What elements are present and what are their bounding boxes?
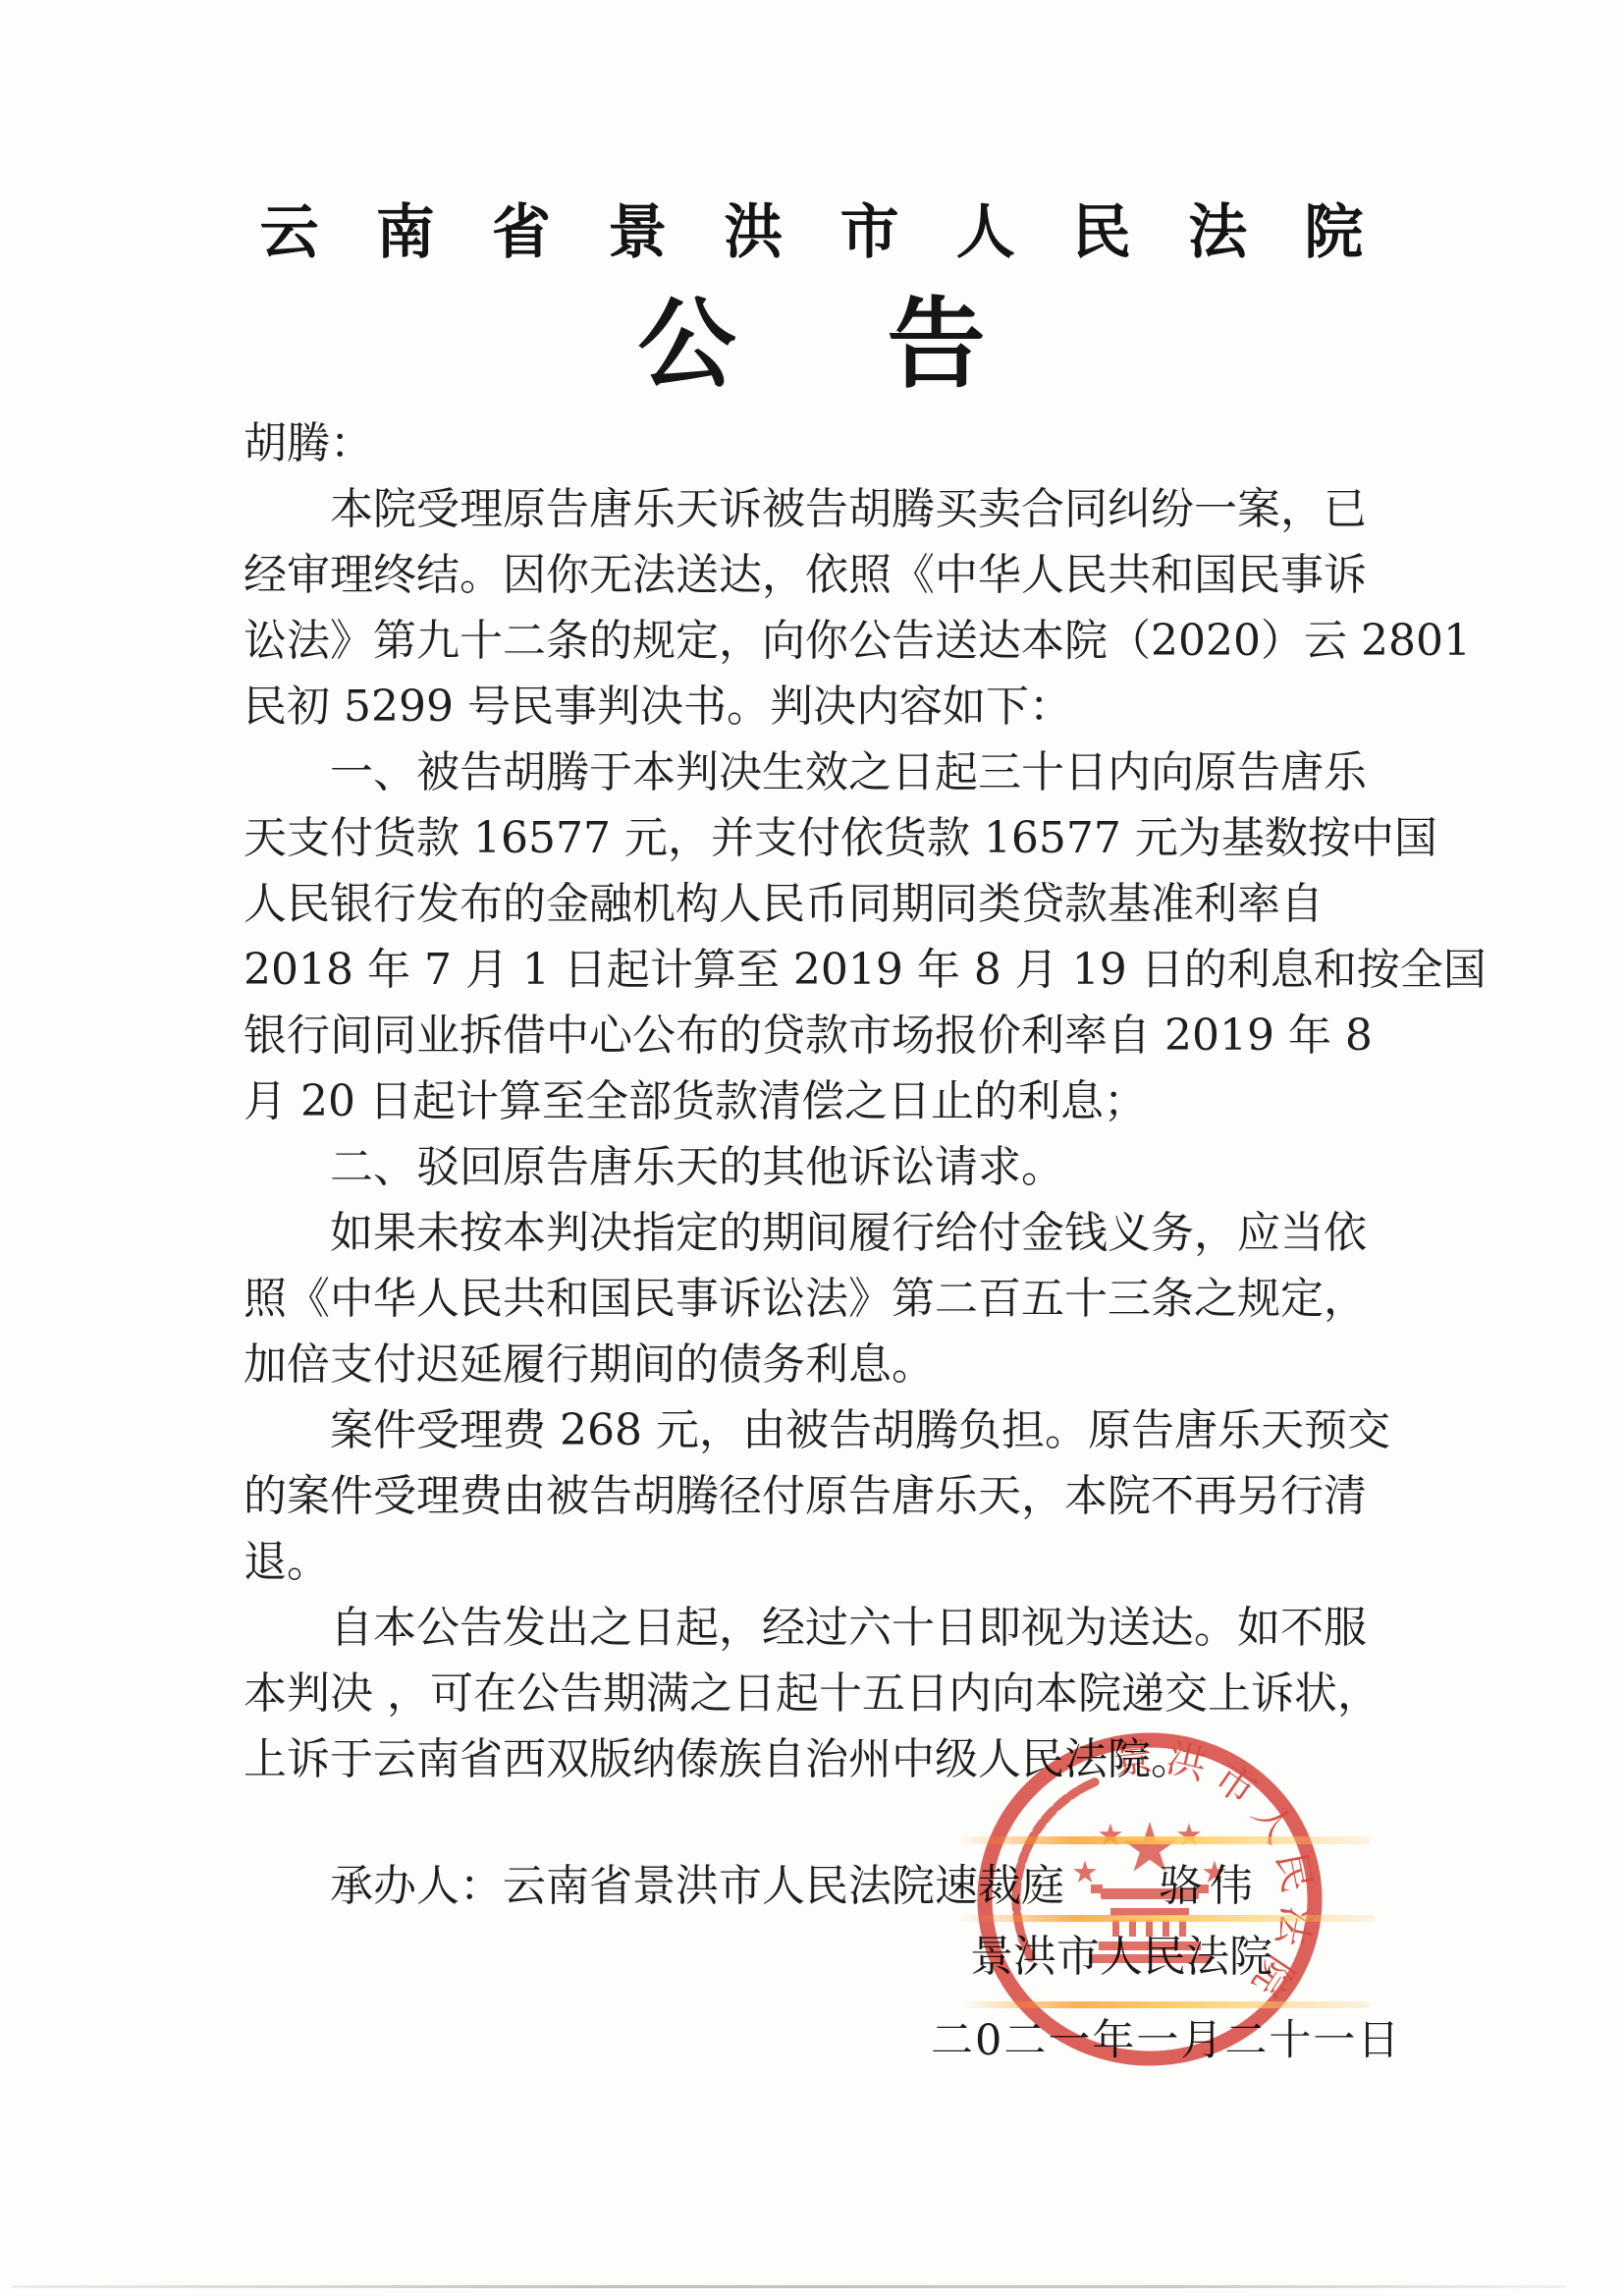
handler-label: 承办人：云南省景洪市人民法院速裁庭 xyxy=(330,1861,1064,1911)
body-line: 本判决 ，可在公告期满之日起十五日内向本院递交上诉状， xyxy=(243,1661,1392,1726)
scan-edge-line xyxy=(12,2285,1565,2288)
document-body: 胡腾： 本院受理原告唐乐天诉被告胡腾买卖合同纠纷一案，已 经审理终结。因你无法送… xyxy=(243,410,1392,2074)
body-line: 的案件受理费由被告胡腾径付原告唐乐天，本院不再另行清 xyxy=(243,1463,1392,1529)
court-announcement-page: 云南省景洪市人民法院 公告 胡腾： 本院受理原告唐乐天诉被告胡腾买卖合同纠纷一案… xyxy=(0,0,1623,2296)
announcement-title: 公告 xyxy=(0,295,1623,395)
salutation: 胡腾： xyxy=(243,410,1392,476)
body-line: 人民银行发布的金融机构人民币同期同类贷款基准利率自 xyxy=(243,871,1392,937)
body-line: 一、被告胡腾于本判决生效之日起三十日内向原告唐乐 xyxy=(243,739,1392,805)
signature-handler-line: 承办人：云南省景洪市人民法院速裁庭骆伟 xyxy=(243,1853,1392,1919)
body-line: 照《中华人民共和国民事诉讼法》第二百五十三条之规定， xyxy=(243,1266,1392,1332)
body-line: 二、驳回原告唐乐天的其他诉讼请求。 xyxy=(243,1134,1392,1200)
court-name-title: 云南省景洪市人民法院 xyxy=(0,0,1623,263)
body-line: 银行间同业拆借中心公布的贷款市场报价利率自 2019 年 8 xyxy=(243,1003,1392,1068)
body-line: 退。 xyxy=(243,1529,1392,1595)
body-line: 案件受理费 268 元，由被告胡腾负担。原告唐乐天预交 xyxy=(243,1397,1392,1463)
body-line: 月 20 日起计算至全部货款清偿之日止的利息； xyxy=(243,1068,1392,1134)
body-line: 经审理终结。因你无法送达，依照《中华人民共和国民事诉 xyxy=(243,542,1392,608)
body-line: 2018 年 7 月 1 日起计算至 2019 年 8 月 19 日的利息和按全… xyxy=(243,937,1392,1003)
body-line: 上诉于云南省西双版纳傣族自治州中级人民法院。 xyxy=(243,1726,1392,1792)
body-line: 自本公告发出之日起，经过六十日即视为送达。如不服 xyxy=(243,1595,1392,1661)
signature-issuing-court: 景洪市人民法院 xyxy=(243,1924,1392,1990)
body-line: 民初 5299 号民事判决书。判决内容如下： xyxy=(243,674,1392,739)
handler-name: 骆伟 xyxy=(1159,1861,1261,1911)
body-line: 加倍支付迟延履行期间的债务利息。 xyxy=(243,1332,1392,1397)
body-line: 如果未按本判决指定的期间履行给付金钱义务，应当依 xyxy=(243,1200,1392,1266)
body-line: 天支付货款 16577 元，并支付依货款 16577 元为基数按中国 xyxy=(243,805,1392,871)
signature-date: 二0二一年一月二十一日 xyxy=(243,2008,1392,2074)
body-line: 本院受理原告唐乐天诉被告胡腾买卖合同纠纷一案，已 xyxy=(243,476,1392,542)
body-line: 讼法》第九十二条的规定，向你公告送达本院（2020）云 2801 xyxy=(243,608,1392,674)
